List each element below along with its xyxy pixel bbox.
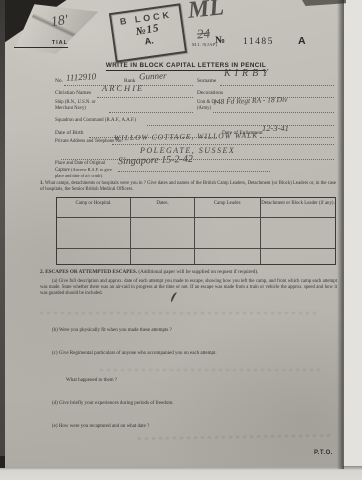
- question-b-label: (b): [52, 328, 58, 333]
- table-cell: [195, 249, 261, 264]
- enlistment-value: 12-3-41: [262, 123, 289, 133]
- question-e-label: (e): [52, 424, 58, 429]
- table-header-dates: Dates.: [131, 198, 195, 218]
- ship-rule: [109, 111, 193, 113]
- table-header-leader: Camp Leader.: [195, 198, 261, 218]
- pto-label: P.T.O.: [314, 450, 333, 456]
- decorations-label: Decorations: [197, 90, 223, 96]
- table-cell: [57, 249, 131, 264]
- number-sign: №: [215, 35, 225, 46]
- rank-rule: [136, 84, 193, 86]
- surname-label: Surname: [197, 78, 216, 84]
- section2-heading-main: 2. ESCAPES OR ATTEMPTED ESCAPES.: [40, 269, 137, 275]
- photo-edge-right: [343, 0, 362, 480]
- table-header-camp: Camp or Hospital.: [57, 198, 131, 218]
- rank-value: Gunner: [139, 71, 167, 82]
- question-e: (e) How were you recaptured and on what …: [52, 424, 149, 429]
- pencil-initials: ML: [187, 0, 226, 25]
- question-a-text: Give full description and approx. date o…: [40, 279, 337, 296]
- section2-heading: 2. ESCAPES OR ATTEMPTED ESCAPES. (Additi…: [40, 269, 258, 275]
- address-rule1: [112, 143, 334, 145]
- enlistment-rule: [260, 136, 334, 138]
- christian-names-label: Christian Names: [55, 90, 91, 96]
- org-label: M.I. 9(JAP): [192, 42, 217, 47]
- capture-value: Singapore 15-2-42: [118, 154, 193, 168]
- camps-table: Camp or Hospital. Dates. Camp Leader. De…: [56, 197, 336, 265]
- capture-label: Place and Date of Original Capture (Airc…: [55, 161, 115, 180]
- date-of-birth-label: Date of Birth: [55, 130, 83, 136]
- section1-question: 1. What camps, detachments or hospitals …: [40, 181, 336, 193]
- no-value: 1112910: [66, 71, 97, 83]
- question-d: (d) Give briefly your experiences during…: [52, 401, 174, 406]
- question-a-label: (a): [52, 279, 57, 284]
- pow-questionnaire-form: B LOCK №15 A. ML 24 M.I. 9(JAP) № 11485 …: [5, 0, 343, 467]
- christian-names-value: ARCHIE: [102, 83, 144, 93]
- table-cell: [195, 218, 261, 249]
- address-rule2: [61, 158, 334, 160]
- table-cell: [131, 249, 195, 264]
- section1-number: 1.: [40, 181, 44, 186]
- question-e-text: How were you recaptured and on what date…: [59, 424, 150, 429]
- table-cell: [57, 218, 131, 249]
- squadron-label: Squadron and Command (R.A.F., A.A.F.): [55, 118, 136, 123]
- capture-rule: [118, 170, 270, 172]
- question-d-text: Give briefly your experiences during per…: [59, 401, 173, 406]
- table-header-detachment: Detachment or Block Leader (if any).: [261, 198, 335, 218]
- question-c-label: (c): [52, 351, 58, 356]
- grade-letter: A: [298, 35, 306, 47]
- unit-rule: [213, 111, 334, 113]
- pencil-crossed-number: 24: [196, 25, 210, 42]
- question-c: (c) Give Regimental particulars of anyon…: [52, 351, 217, 356]
- case-number: 11485: [243, 37, 274, 47]
- address-value-line1: WILLOW COTTAGE, WILLOW WALK: [114, 131, 258, 143]
- showthrough-smudge: [100, 369, 320, 371]
- section1-text: What camps, detachments or hospitals wer…: [40, 181, 336, 192]
- question-a: (a) Give full description and approx. da…: [40, 279, 337, 298]
- question-b-text: Were you physically fit when you made th…: [59, 328, 172, 333]
- ship-label: Ship (R.N., U.S.N. or Merchant Navy): [55, 100, 107, 111]
- question-b: (b) Were you physically fit when you mad…: [52, 328, 172, 333]
- table-cell: [131, 218, 195, 249]
- christian-names-rule: [97, 96, 193, 98]
- unit-value: 148 Fd Regt RA - 18 Div: [213, 95, 288, 107]
- no-label: No.: [55, 78, 63, 84]
- question-c-text: Give Regimental particulars of anyone wh…: [59, 351, 217, 356]
- question-c2: What happened to them ?: [66, 378, 117, 383]
- corner-pencil-note: 18': [50, 13, 69, 31]
- showthrough-smudge: [40, 312, 320, 314]
- photo-edge-bottom: [0, 466, 362, 480]
- table-cell: [261, 218, 335, 249]
- section2-heading-note: (Additional paper will be supplied on re…: [138, 269, 258, 275]
- confidential-stamp-fragment: TIAL: [14, 40, 68, 48]
- surname-rule: [220, 84, 334, 86]
- table-cell: [261, 249, 335, 264]
- squadron-rule: [147, 124, 334, 126]
- surname-value: KIRBY: [224, 68, 272, 79]
- pencil-scribble: [138, 434, 330, 439]
- paper-right-shadow: [337, 0, 344, 469]
- block-stamp: B LOCK №15 A.: [109, 3, 187, 63]
- question-d-label: (d): [52, 401, 58, 406]
